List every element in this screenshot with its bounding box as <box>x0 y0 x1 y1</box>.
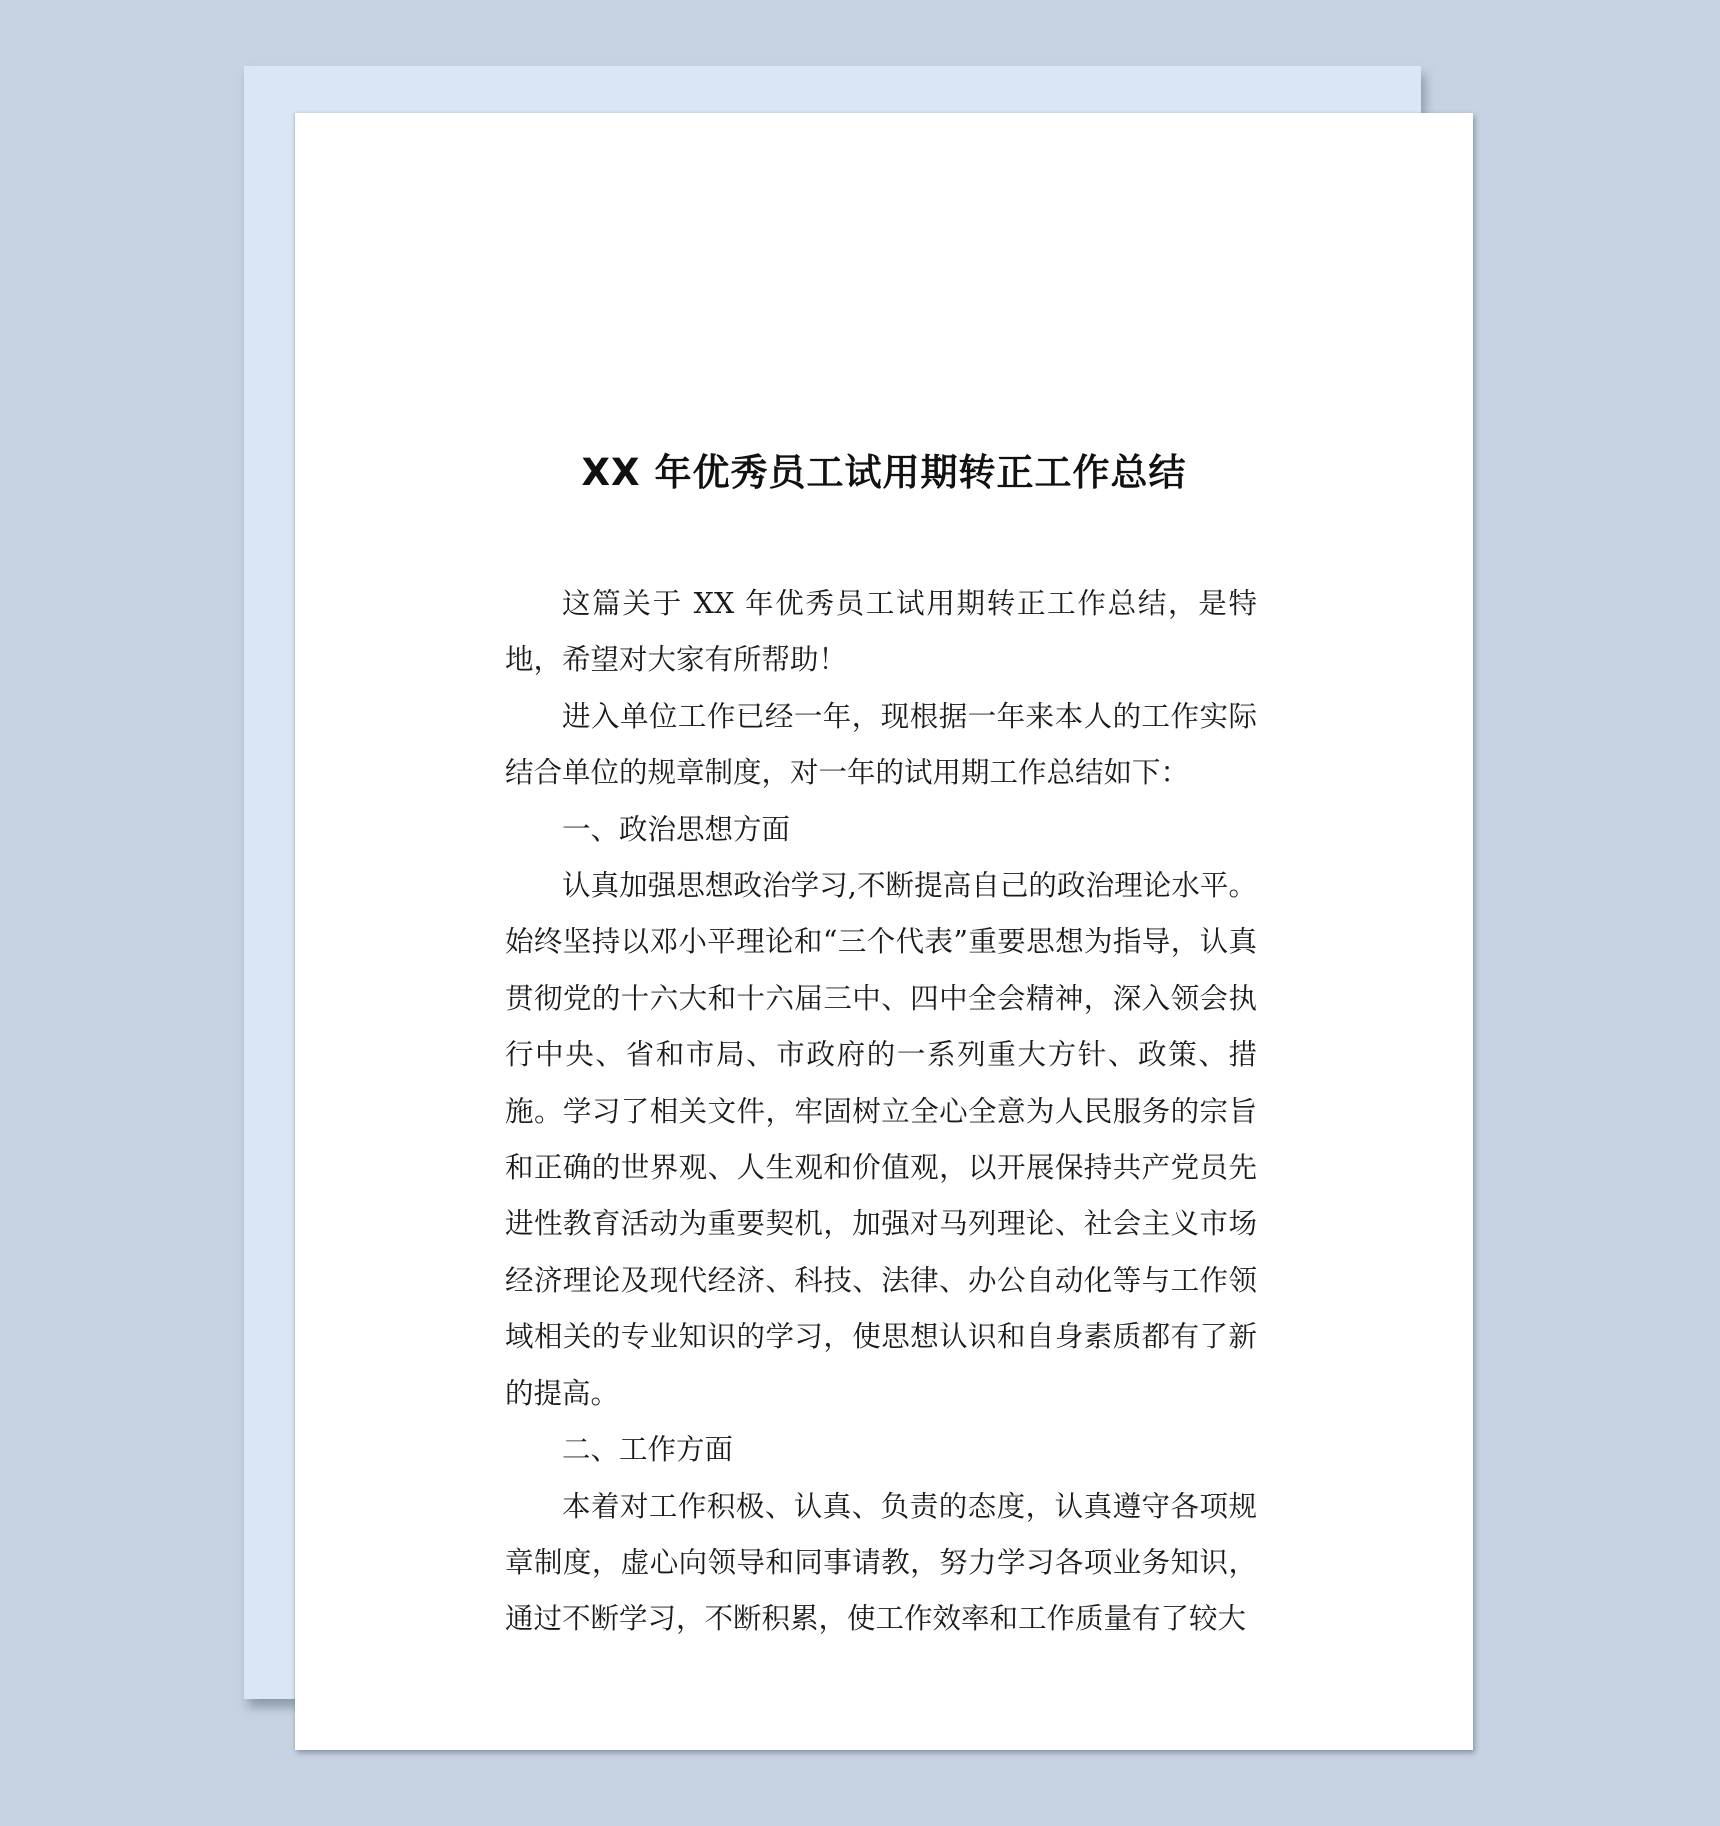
front-page-sheet: XX 年优秀员工试用期转正工作总结 这篇关于 XX 年优秀员工试用期转正工作总结… <box>295 113 1473 1750</box>
section-heading-political: 一、政治思想方面 <box>505 802 1257 858</box>
section-heading-work: 二、工作方面 <box>505 1422 1257 1478</box>
paragraph-overview: 进入单位工作已经一年，现根据一年来本人的工作实际结合单位的规章制度，对一年的试用… <box>505 689 1257 802</box>
document-body: 这篇关于 XX 年优秀员工试用期转正工作总结，是特地，希望对大家有所帮助！ 进入… <box>505 576 1257 1648</box>
paragraph-political: 认真加强思想政治学习,不断提高自己的政治理论水平。始终坚持以邓小平理论和“三个代… <box>505 858 1257 1422</box>
paragraph-work: 本着对工作积极、认真、负责的态度，认真遵守各项规章制度，虚心向领导和同事请教，努… <box>505 1479 1257 1648</box>
document-title: XX 年优秀员工试用期转正工作总结 <box>295 447 1473 499</box>
paragraph-intro: 这篇关于 XX 年优秀员工试用期转正工作总结，是特地，希望对大家有所帮助！ <box>505 576 1257 689</box>
